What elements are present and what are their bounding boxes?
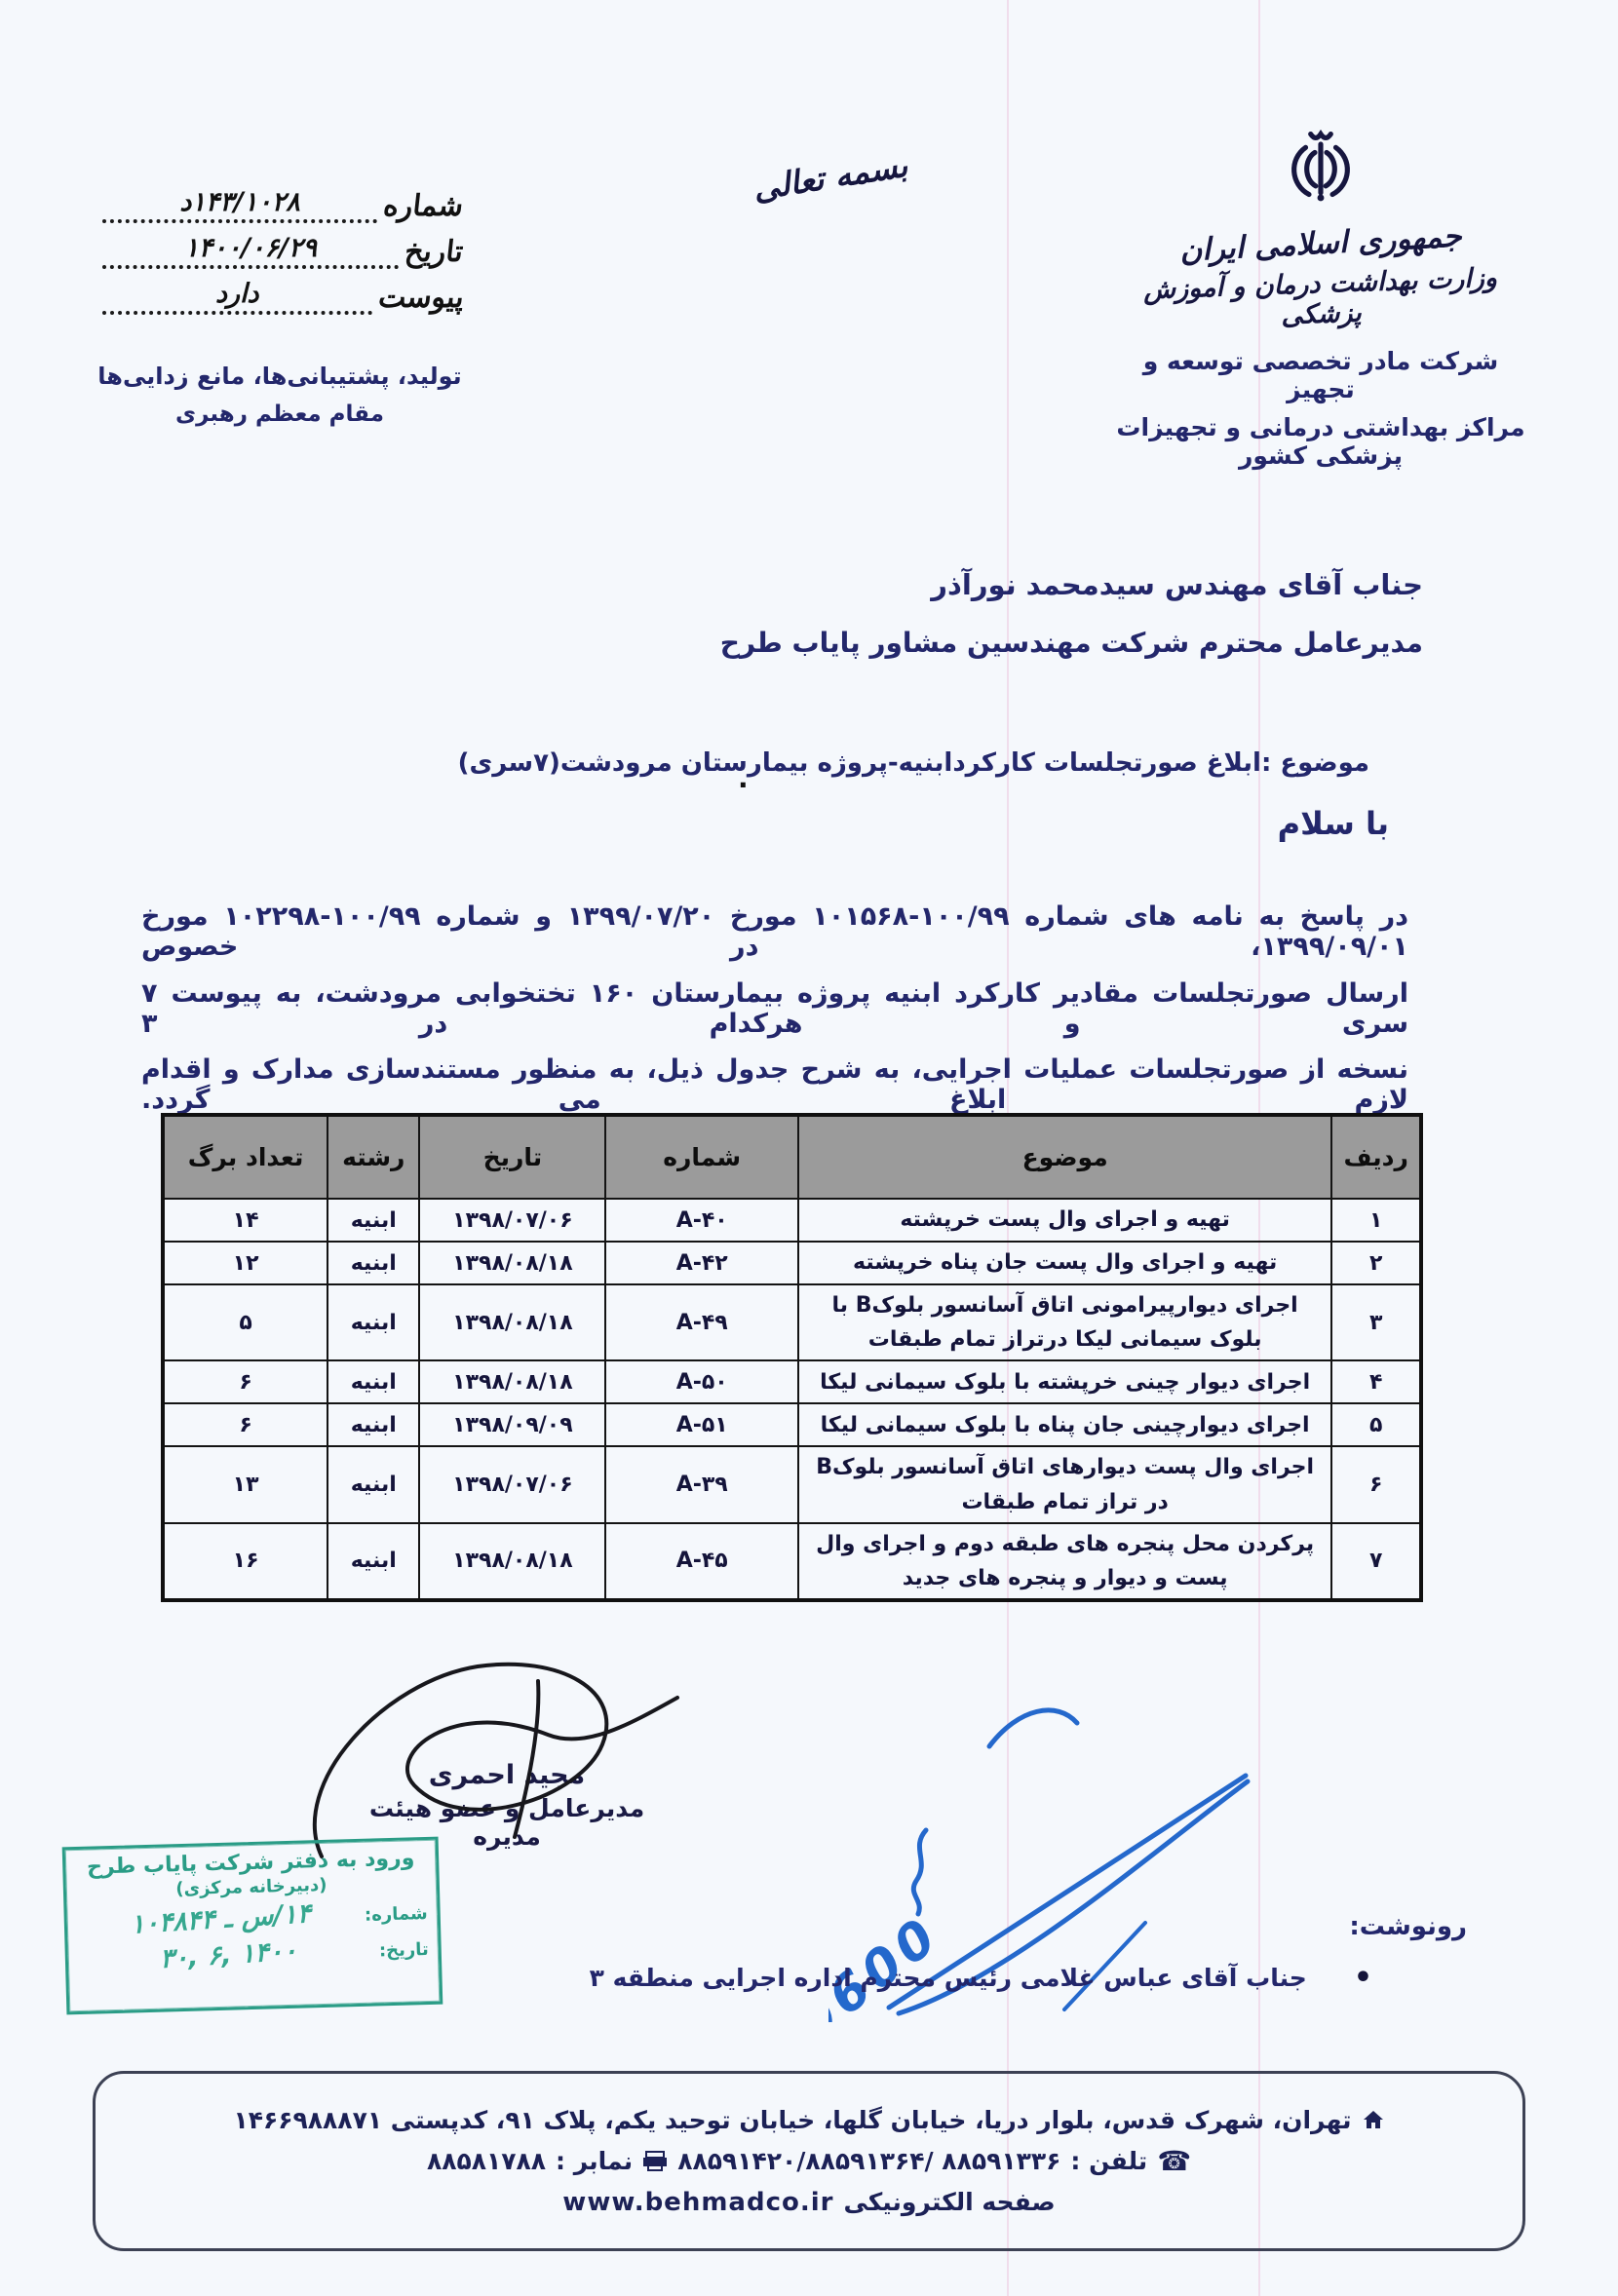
table-row: ۱ تهیه و اجرای وال پست خرپشته A-۴۰ ۱۳۹۸/… [163, 1199, 1421, 1242]
salutation: با سلام [1278, 805, 1389, 842]
subject-line: موضوع :ابلاغ صورتجلسات کارکردابنیه-پروژه… [458, 748, 1369, 778]
table-row: ۳ اجرای دیوارپیرامونی اتاق آسانسور بلوکB… [163, 1284, 1421, 1360]
cell-no: ۱ [1331, 1199, 1421, 1242]
header-subject: موضوع [798, 1115, 1331, 1199]
stamp-date-row: تاریخ: ۱۴۰۰ ,۶ ,۳۰ [77, 1934, 429, 1974]
phone-icon: ☎ [1157, 2145, 1191, 2177]
table-row: ۲ تهیه و اجرای وال پست جان پناه خرپشته A… [163, 1242, 1421, 1284]
cell-field: ابنیه [327, 1199, 419, 1242]
cell-pages: ۶ [163, 1403, 327, 1446]
cc-item: • جناب آقای عباس غلامی رئیس محترم اداره … [398, 1964, 1372, 1993]
table-row: ۷ پرکردن محل پنجره های طبقه دوم و اجرای … [163, 1523, 1421, 1600]
footer-web-line: صفحه الکترونیکی www.behmadco.ir [562, 2188, 1055, 2217]
cell-date: ۱۳۹۸/۰۷/۰۶ [419, 1446, 605, 1522]
table-row: ۵ اجرای دیوارچینی جان پناه با بلوک سیمان… [163, 1403, 1421, 1446]
ref-date-value: ۱۴۰۰/۰۶/۲۹ [102, 233, 399, 269]
cell-number: A-۴۵ [605, 1523, 798, 1600]
ref-attachment-value: دارد [102, 279, 372, 315]
cell-date: ۱۳۹۸/۰۸/۱۸ [419, 1523, 605, 1600]
cell-date: ۱۳۹۸/۰۸/۱۸ [419, 1360, 605, 1403]
cell-pages: ۱۶ [163, 1523, 327, 1600]
header-row-no: ردیف [1331, 1115, 1421, 1199]
cell-number: A-۴۲ [605, 1242, 798, 1284]
cell-number: A-۴۹ [605, 1284, 798, 1360]
letterhead: جمهوری اسلامی ایران وزارت بهداشت درمان و… [1111, 125, 1530, 470]
ref-number-row: شماره ۱۴۳/۱۰۲۸د [102, 187, 461, 223]
reference-block: شماره ۱۴۳/۱۰۲۸د تاریخ ۱۴۰۰/۰۶/۲۹ پیوست د… [102, 187, 461, 325]
cell-subject: پرکردن محل پنجره های طبقه دوم و اجرای وا… [798, 1523, 1331, 1600]
footer-fax-number: ۸۸۵۸۱۷۸۸ [427, 2147, 546, 2175]
cell-no: ۷ [1331, 1523, 1421, 1600]
cell-date: ۱۳۹۸/۰۹/۰۹ [419, 1403, 605, 1446]
letterhead-company-line1: شرکت مادر تخصصی توسعه و تجهیز [1111, 347, 1530, 403]
ref-date-row: تاریخ ۱۴۰۰/۰۶/۲۹ [102, 233, 461, 269]
recipient-title: مدیرعامل محترم شرکت مهندسین مشاور پایاب … [546, 627, 1423, 659]
footer-phone-line: ☎ تلفن : ۸۸۵۹۱۴۲۰/۸۸۵۹۱۳۶۴/ ۸۸۵۹۱۳۳۶ نما… [427, 2145, 1191, 2177]
cell-subject: اجرای دیوارچینی جان پناه با بلوک سیمانی … [798, 1403, 1331, 1446]
footer-box: تهران، شهرک قدس، بلوار دریا، خیابان گلها… [93, 2071, 1525, 2251]
stamp-number-label: شماره: [365, 1903, 428, 1926]
cell-pages: ۵ [163, 1284, 327, 1360]
cell-subject: تهیه و اجرای وال پست خرپشته [798, 1199, 1331, 1242]
slogan-line2: مقام معظم رهبری [90, 402, 470, 427]
footer-phone-label: تلفن : [1070, 2147, 1147, 2175]
footer-phone-numbers: ۸۸۵۹۱۴۲۰/۸۸۵۹۱۳۶۴/ ۸۸۵۹۱۳۳۶ [677, 2147, 1060, 2175]
bismillah-text: بسمه تعالی [751, 146, 910, 208]
slogan-line1: تولید، پشتیبانی‌ها، مانع زدایی‌ها [90, 363, 470, 390]
footer-fax-label: نمابر : [556, 2147, 633, 2175]
cell-field: ابنیه [327, 1360, 419, 1403]
cell-no: ۶ [1331, 1446, 1421, 1522]
footer-address-line: تهران، شهرک قدس، بلوار دریا، خیابان گلها… [234, 2106, 1385, 2134]
body-line2: ارسال صورتجلسات مقادیر کارکرد ابنیه پروژ… [141, 978, 1408, 1039]
cell-no: ۳ [1331, 1284, 1421, 1360]
cc-label: رونوشت: [1349, 1912, 1467, 1941]
header-pages: تعداد برگ [163, 1115, 327, 1199]
cell-field: ابنیه [327, 1446, 419, 1522]
table-header-row: ردیف موضوع شماره تاریخ رشته تعداد برگ [163, 1115, 1421, 1199]
cell-number: A-۵۰ [605, 1360, 798, 1403]
cell-field: ابنیه [327, 1523, 419, 1600]
cell-pages: ۶ [163, 1360, 327, 1403]
body-line3: نسخه از صورتجلسات عملیات اجرایی، به شرح … [141, 1054, 1408, 1115]
footer-web-label: صفحه الکترونیکی [843, 2188, 1055, 2216]
subject-dot: . [738, 762, 749, 794]
recipient-block: جناب آقای مهندس سیدمحمد نورآذر مدیرعامل … [546, 568, 1423, 659]
entry-stamp: ورود به دفتر شرکت پایاب طرح (دبیرخانه مر… [62, 1837, 443, 2015]
cell-field: ابنیه [327, 1242, 419, 1284]
header-date: تاریخ [419, 1115, 605, 1199]
cell-number: A-۳۹ [605, 1446, 798, 1522]
cell-date: ۱۳۹۸/۰۸/۱۸ [419, 1284, 605, 1360]
footer-address: تهران، شهرک قدس، بلوار دریا، خیابان گلها… [234, 2106, 1352, 2134]
ref-number-label: شماره [379, 189, 464, 223]
cell-subject: اجرای وال پست دیوارهای اتاق آسانسور بلوک… [798, 1446, 1331, 1522]
table-row: ۴ اجرای دیوار چینی خرپشته با بلوک سیمانی… [163, 1360, 1421, 1403]
fax-icon [642, 2150, 668, 2171]
cell-date: ۱۳۹۸/۰۸/۱۸ [419, 1242, 605, 1284]
minutes-table-wrap: ردیف موضوع شماره تاریخ رشته تعداد برگ ۱ … [161, 1113, 1423, 1602]
letterhead-company-line2: مراکز بهداشتی درمانی و تجهیزات پزشکی کشو… [1111, 413, 1530, 470]
cell-field: ابنیه [327, 1403, 419, 1446]
ref-attachment-label: پیوست [373, 281, 463, 315]
cc-bullet: • [1354, 1964, 1372, 1993]
cell-date: ۱۳۹۸/۰۷/۰۶ [419, 1199, 605, 1242]
cell-subject: تهیه و اجرای وال پست جان پناه خرپشته [798, 1242, 1331, 1284]
header-field: رشته [327, 1115, 419, 1199]
cell-no: ۴ [1331, 1360, 1421, 1403]
ref-date-label: تاریخ [401, 235, 464, 269]
cell-number: A-۴۰ [605, 1199, 798, 1242]
cell-field: ابنیه [327, 1284, 419, 1360]
cell-pages: ۱۲ [163, 1242, 327, 1284]
cell-pages: ۱۳ [163, 1446, 327, 1522]
cell-subject: اجرای دیوارپیرامونی اتاق آسانسور بلوکB ب… [798, 1284, 1331, 1360]
letterhead-ministry: وزارت بهداشت درمان و آموزش پزشکی [1110, 262, 1531, 337]
iran-emblem-icon [1279, 125, 1363, 222]
scanned-letter-page: شماره ۱۴۳/۱۰۲۸د تاریخ ۱۴۰۰/۰۶/۲۹ پیوست د… [0, 0, 1618, 2296]
ref-attachment-row: پیوست دارد [102, 279, 461, 315]
cc-text: جناب آقای عباس غلامی رئیس محترم اداره اج… [590, 1964, 1307, 1992]
recipient-name: جناب آقای مهندس سیدمحمد نورآذر [546, 568, 1423, 601]
year-slogan: تولید، پشتیبانی‌ها، مانع زدایی‌ها مقام م… [90, 363, 470, 427]
cell-no: ۵ [1331, 1403, 1421, 1446]
stamp-date-label: تاریخ: [379, 1939, 429, 1961]
cell-subject: اجرای دیوار چینی خرپشته با بلوک سیمانی ل… [798, 1360, 1331, 1403]
footer-website: www.behmadco.ir [562, 2188, 833, 2217]
cell-no: ۲ [1331, 1242, 1421, 1284]
ref-number-value: ۱۴۳/۱۰۲۸د [102, 187, 377, 223]
minutes-table: ردیف موضوع شماره تاریخ رشته تعداد برگ ۱ … [161, 1113, 1423, 1602]
cell-number: A-۵۱ [605, 1403, 798, 1446]
handwritten-signature [292, 1637, 682, 1871]
header-number: شماره [605, 1115, 798, 1199]
cell-pages: ۱۴ [163, 1199, 327, 1242]
body-line1: در پاسخ به نامه های شماره ‪۱۰۱۵۶۸-۱۰۰/۹۹… [141, 901, 1408, 962]
table-row: ۶ اجرای وال پست دیوارهای اتاق آسانسور بل… [163, 1446, 1421, 1522]
house-icon [1362, 2109, 1385, 2130]
